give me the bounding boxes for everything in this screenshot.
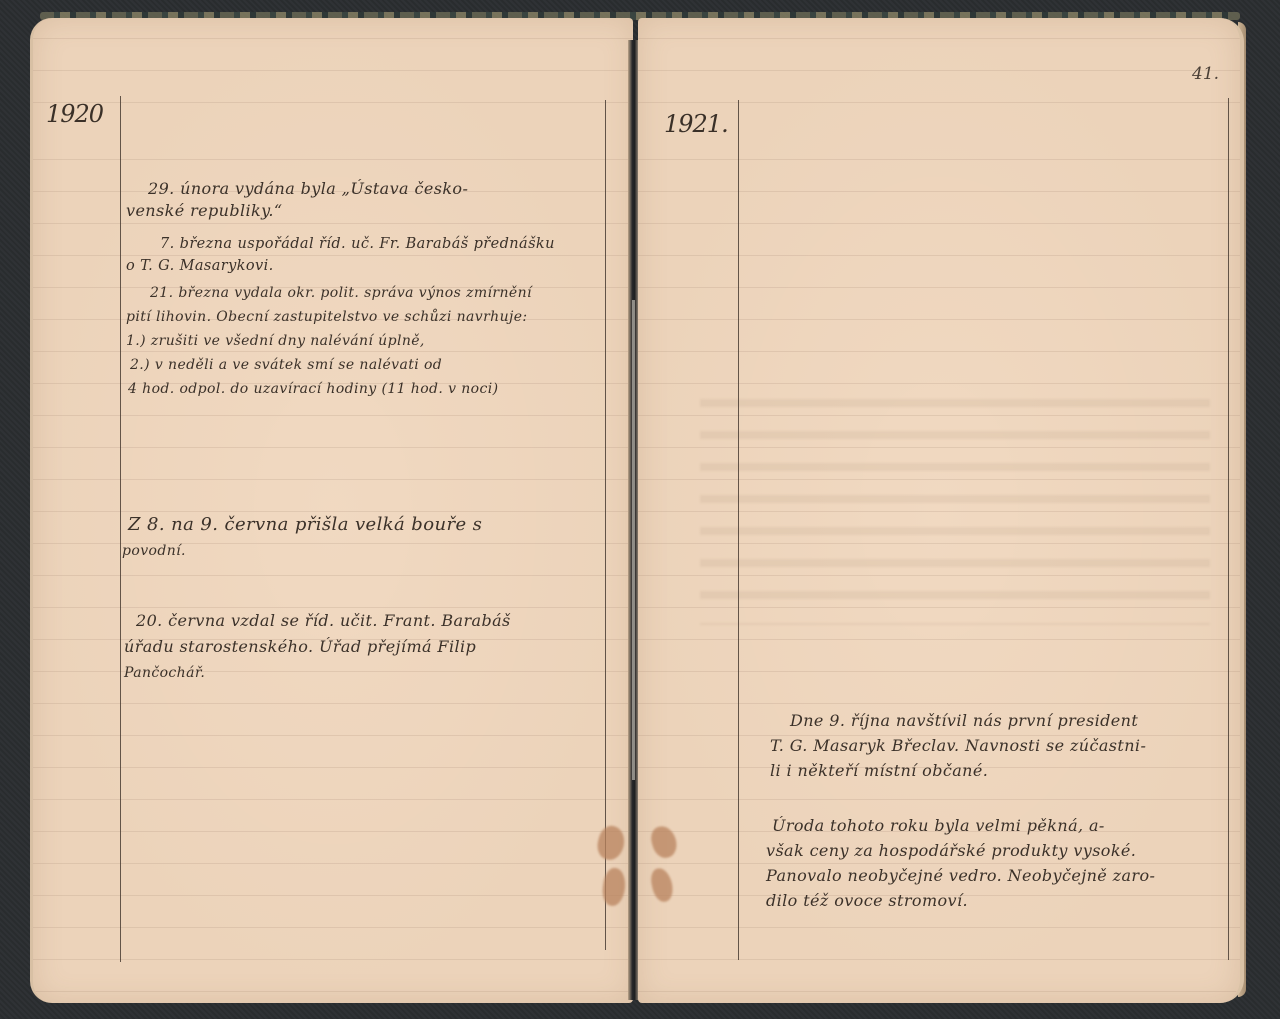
year-label-1920: 1920 [46,100,103,128]
entry-constitution: 29. února vydána byla „Ústava česko- ven… [148,178,468,222]
entry-storm: Z 8. na 9. června přišla velká bouře s p… [128,512,482,564]
left-page-right-rule [605,100,606,950]
right-page-right-rule [1228,98,1229,960]
page-number: 41. [1192,64,1219,84]
entry-masaryk-visit: Dne 9. října navštívil nás první preside… [790,708,1146,783]
ink-bleed-through [700,385,1210,625]
entry-lecture-masaryk: 7. března uspořádal říd. uč. Fr. Barabáš… [160,233,555,277]
binding-thread [632,300,635,780]
entry-harvest: Úroda tohoto roku byla velmi pěkná, a- v… [772,813,1155,913]
entry-mayor-change: 20. června vzdal se říd. učit. Frant. Ba… [136,608,511,686]
year-label-1921: 1921. [664,110,728,138]
entry-alcohol-regulation: 21. března vydala okr. polit. správa výn… [150,281,532,401]
ruled-lines [33,18,633,1003]
left-page-margin-line [120,96,121,962]
right-page-margin-line [738,100,739,960]
